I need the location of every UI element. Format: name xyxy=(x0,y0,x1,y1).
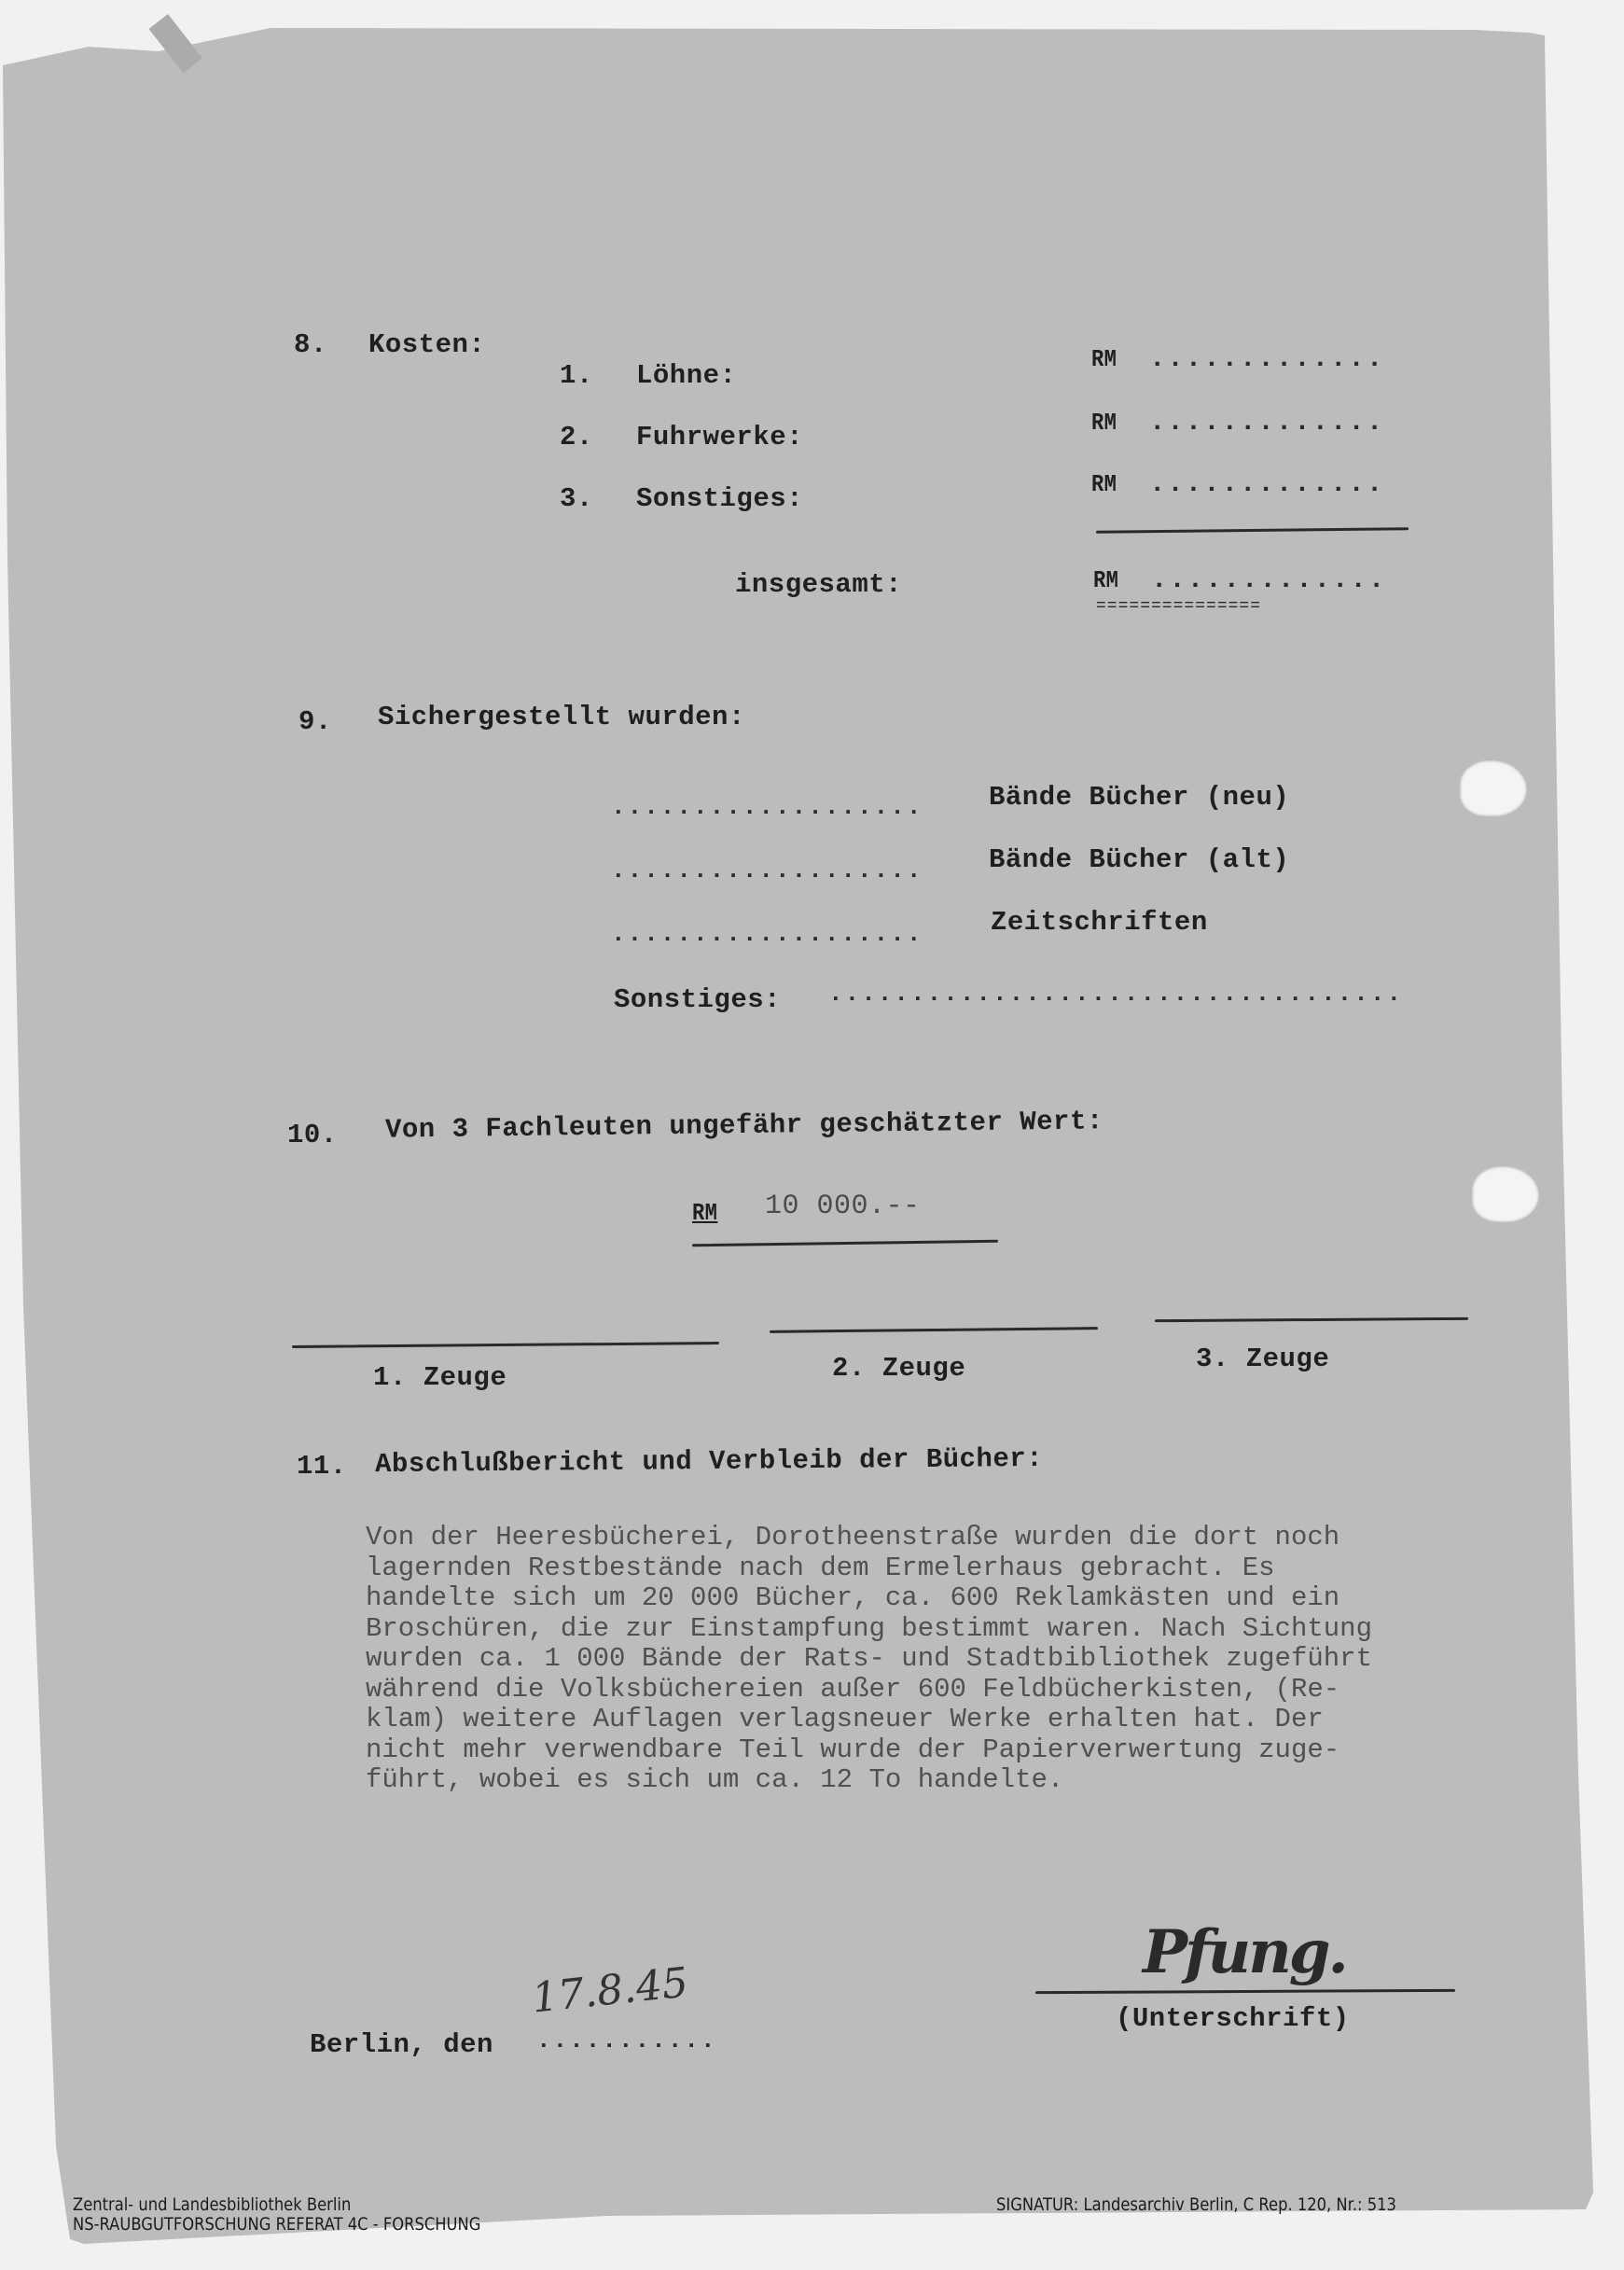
secured-count-field[interactable]: ................... xyxy=(611,920,923,948)
section9-title: Sichergestellt wurden: xyxy=(378,702,745,732)
section8-title: Kosten: xyxy=(368,329,485,360)
date-field[interactable]: ........... xyxy=(536,2026,717,2054)
paragraph-line: nicht mehr verwendbare Teil wurde der Pa… xyxy=(366,1735,1541,1766)
footer-department: NS-RAUBGUTFORSCHUNG REFERAT 4C - FORSCHU… xyxy=(73,2215,480,2235)
paragraph-line: klam) weitere Auflagen verlagsneuer Werk… xyxy=(366,1705,1541,1735)
secured-count-field[interactable]: ................... xyxy=(611,856,923,884)
witness-1-label: 1. Zeuge xyxy=(373,1362,507,1393)
cost-item-label-sonstiges: Sonstiges: xyxy=(636,483,803,514)
paragraph-line: lagernden Restbestände nach dem Ermelerh… xyxy=(366,1553,1541,1584)
cost-item-value-field[interactable]: ............. xyxy=(1149,468,1384,499)
witness-3-label: 3. Zeuge xyxy=(1196,1344,1329,1374)
secured-label-books-old: Bände Bücher (alt) xyxy=(989,844,1289,875)
secured-count-field[interactable]: ................... xyxy=(611,793,923,821)
footer-institution: Zentral- und Landesbibliothek Berlin NS-… xyxy=(73,2195,480,2235)
total-value-field[interactable]: ............. xyxy=(1151,564,1386,595)
footer-archive-signature: SIGNATUR: Landesarchiv Berlin, C Rep. 12… xyxy=(996,2195,1396,2215)
paragraph-line: handelte sich um 20 000 Bücher, ca. 600 … xyxy=(366,1583,1541,1614)
cost-item-currency: RM xyxy=(1091,345,1117,373)
handwritten-signature: Pfung. xyxy=(1143,1917,1346,1987)
paragraph-line: während die Volksbüchereien außer 600 Fe… xyxy=(366,1675,1541,1706)
final-report-paragraph: Von der Heeresbücherei, Dorotheenstraße … xyxy=(366,1523,1541,1796)
place-date-label: Berlin, den xyxy=(310,2029,493,2060)
cost-item-number: 3. xyxy=(560,483,593,514)
secured-label-periodicals: Zeitschriften xyxy=(991,907,1208,938)
section9-number: 9. xyxy=(298,706,332,737)
footer-library-name: Zentral- und Landesbibliothek Berlin xyxy=(73,2195,480,2215)
punch-hole-lower xyxy=(1472,1166,1539,1222)
paragraph-line: Broschüren, die zur Einstampfung bestimm… xyxy=(366,1614,1541,1645)
witness-2-label: 2. Zeuge xyxy=(832,1353,965,1384)
total-label: insgesamt: xyxy=(735,569,902,600)
cost-item-number: 2. xyxy=(560,422,593,453)
section11-number: 11. xyxy=(297,1451,347,1482)
paragraph-line: Von der Heeresbücherei, Dorotheenstraße … xyxy=(366,1523,1541,1553)
estimated-value-amount: 10 000.-- xyxy=(765,1191,921,1222)
cost-item-currency: RM xyxy=(1091,470,1117,498)
secured-other-label: Sonstiges: xyxy=(614,984,781,1015)
cost-item-currency: RM xyxy=(1091,409,1117,437)
cost-item-number: 1. xyxy=(560,360,593,391)
signature-label: (Unterschrift) xyxy=(1116,2003,1350,2034)
section10-number: 10. xyxy=(287,1120,338,1150)
section11-title: Abschlußbericht und Verbleib der Bücher: xyxy=(375,1443,1043,1480)
total-currency: RM xyxy=(1093,566,1118,594)
paragraph-line: führt, wobei es sich um ca. 12 To handel… xyxy=(366,1765,1541,1796)
secured-other-field[interactable]: ................................... xyxy=(828,980,1403,1008)
cost-item-label-loehne: Löhne: xyxy=(636,360,736,391)
total-double-underline: =============== xyxy=(1096,597,1261,616)
paragraph-line: wurden ca. 1 000 Bände der Rats- und Sta… xyxy=(366,1644,1541,1675)
estimated-value-currency: RM xyxy=(692,1199,717,1227)
cost-item-label-fuhrwerke: Fuhrwerke: xyxy=(636,422,803,453)
cost-item-value-field[interactable]: ............. xyxy=(1149,407,1384,438)
section8-number: 8. xyxy=(294,329,327,360)
secured-label-books-new: Bände Bücher (neu) xyxy=(989,782,1289,813)
cost-item-value-field[interactable]: ............. xyxy=(1149,343,1384,374)
punch-hole-upper xyxy=(1460,760,1527,816)
